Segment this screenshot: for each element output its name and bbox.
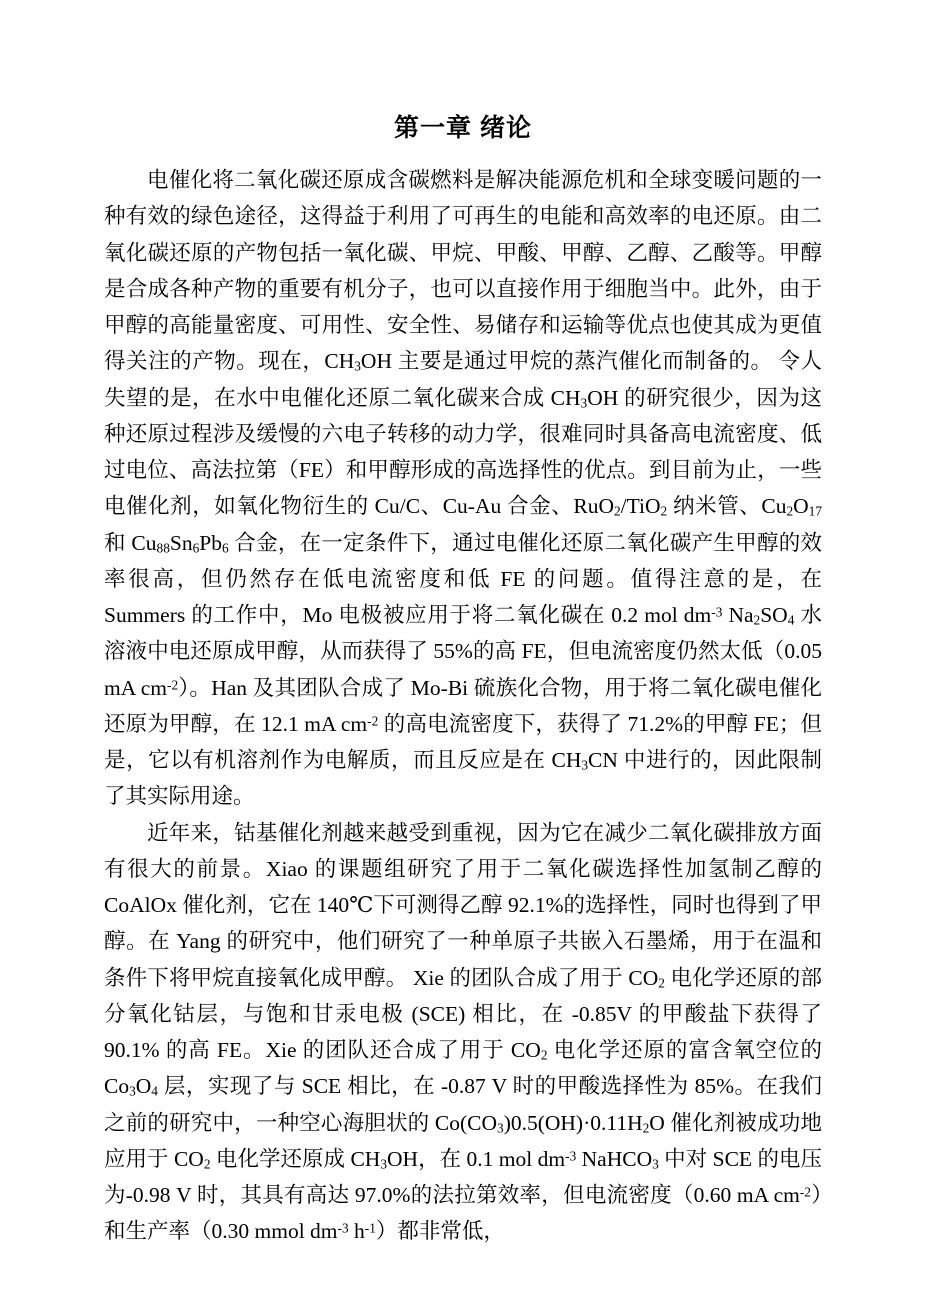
- document-page: 第一章 绪论 电催化将二氧化碳还原成含碳燃料是解决能源危机和全球变暖问题的一种有…: [0, 0, 926, 1309]
- paragraph-2: 近年来，钴基催化剂越来越受到重视，因为它在减少二氧化碳排放方面有很大的前景。Xi…: [104, 815, 822, 1250]
- chapter-title: 第一章 绪论: [104, 112, 822, 144]
- paragraph-1: 电催化将二氧化碳还原成含碳燃料是解决能源危机和全球变暖问题的一种有效的绿色途径，…: [104, 162, 822, 815]
- document-body: 电催化将二氧化碳还原成含碳燃料是解决能源危机和全球变暖问题的一种有效的绿色途径，…: [104, 162, 822, 1250]
